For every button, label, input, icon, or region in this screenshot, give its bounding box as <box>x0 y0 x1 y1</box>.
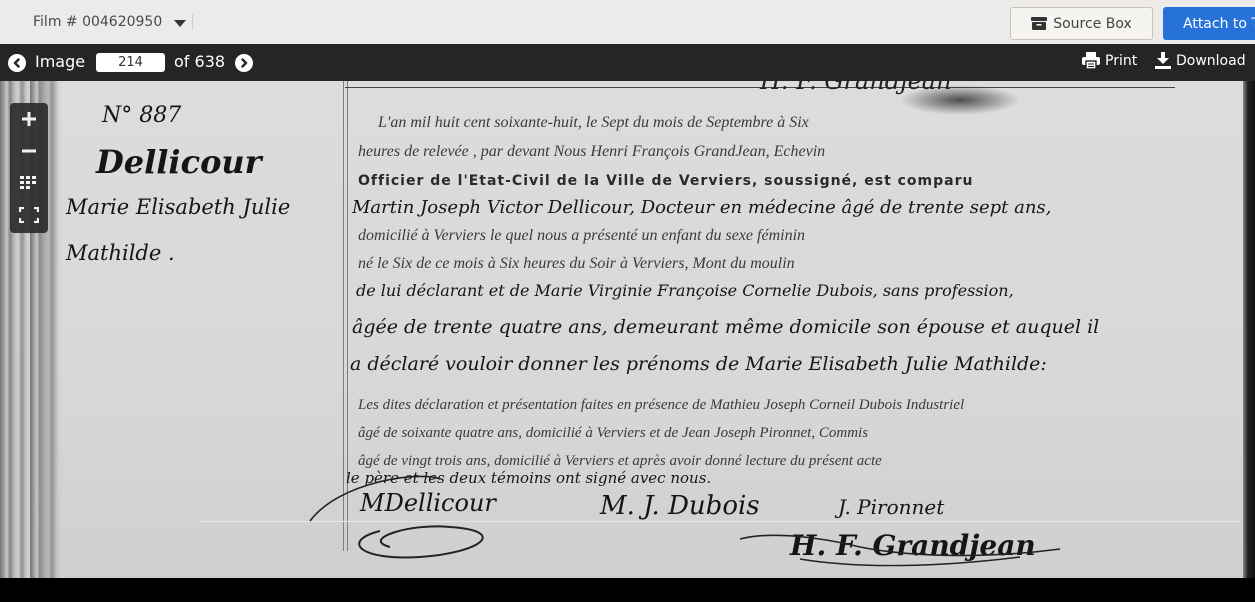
record-line-8: âgée de trente quatre ans, demeurant mêm… <box>352 316 1099 338</box>
previous-image-button[interactable] <box>8 54 26 72</box>
grid-icon <box>20 176 38 190</box>
record-line-6: né le Six de ce mois à Six heures du Soi… <box>358 255 795 273</box>
film-number: Film # 004620950 <box>33 14 162 30</box>
chevron-down-icon[interactable] <box>174 20 186 27</box>
record-line-11: âgé de soixante quatre ans, domicilié à … <box>358 425 868 442</box>
archive-box-icon <box>1031 17 1047 30</box>
print-label: Print <box>1105 53 1137 69</box>
record-page-image: H. F. Grandjean N° 887 Dellicour Marie E… <box>0 81 1250 578</box>
margin-given-names-2: Mathilde . <box>66 241 175 265</box>
record-line-3: Officier de l'Etat-Civil de la Ville de … <box>358 173 973 189</box>
plus-icon <box>22 112 36 126</box>
attach-to-tree-button[interactable]: Attach to Tree <box>1163 7 1255 40</box>
record-line-7: de lui déclarant et de Marie Virginie Fr… <box>356 281 1014 300</box>
attach-label: Attach to Tree <box>1183 16 1255 32</box>
chevron-left-icon <box>12 58 22 68</box>
record-line-9: a déclaré vouloir donner les prénoms de … <box>350 353 1047 375</box>
printer-icon <box>1082 52 1100 69</box>
minus-icon <box>22 144 36 158</box>
ink-blot <box>900 85 1020 115</box>
image-viewer[interactable]: H. F. Grandjean N° 887 Dellicour Marie E… <box>0 81 1255 602</box>
top-header: Film # 004620950 Source Box Attach to Tr… <box>0 0 1255 44</box>
margin-surname: Dellicour <box>96 143 262 181</box>
fullscreen-icon <box>19 207 39 223</box>
zoom-in-button[interactable] <box>10 103 48 135</box>
signature-flourishes <box>300 461 1200 571</box>
download-icon <box>1155 52 1171 69</box>
image-number-input[interactable] <box>96 53 165 72</box>
print-button[interactable]: Print <box>1082 52 1137 69</box>
film-selector[interactable]: Film # 004620950 <box>33 0 193 44</box>
zoom-out-button[interactable] <box>10 135 48 167</box>
fullscreen-button[interactable] <box>10 199 48 231</box>
image-total: of 638 <box>174 52 225 71</box>
record-line-2: heures de relevée , par devant Nous Henr… <box>358 143 825 161</box>
record-line-10: Les dites déclaration et présentation fa… <box>358 397 964 414</box>
record-number: N° 887 <box>102 103 181 128</box>
gallery-view-button[interactable] <box>10 167 48 199</box>
record-line-4: Martin Joseph Victor Dellicour, Docteur … <box>352 197 1051 218</box>
next-image-button[interactable] <box>235 54 253 72</box>
zoom-controls <box>10 103 48 233</box>
page-edge <box>1243 81 1255 578</box>
image-label: Image <box>35 52 85 71</box>
image-toolbar: Image of 638 Print Download <box>0 44 1255 81</box>
source-box-label: Source Box <box>1053 16 1132 32</box>
download-button[interactable]: Download <box>1155 52 1246 69</box>
divider <box>192 14 193 30</box>
chevron-right-icon <box>239 58 249 68</box>
record-line-5: domicilié à Verviers le quel nous a prés… <box>358 227 805 245</box>
download-label: Download <box>1176 53 1246 69</box>
source-box-button[interactable]: Source Box <box>1010 7 1153 40</box>
margin-given-names-1: Marie Elisabeth Julie <box>66 195 290 219</box>
record-line-1: L'an mil huit cent soixante-huit, le Sep… <box>378 114 809 132</box>
